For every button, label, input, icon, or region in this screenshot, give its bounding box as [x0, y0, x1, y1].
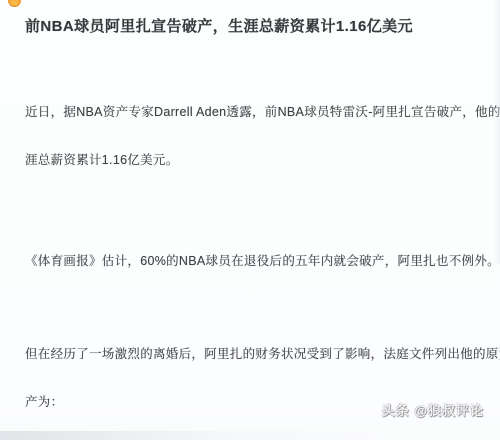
- emoji-icon: [8, 0, 21, 7]
- right-edge-shade: [494, 0, 500, 264]
- toutiao-watermark: 头条 @狼叔评论: [382, 400, 484, 419]
- paragraph-1: 近日，据NBA资产专家Darrell Aden透露，前NBA球员特雷沃-阿里扎宣…: [25, 88, 495, 184]
- paragraph-line: 但在经历了一场激烈的离婚后，阿里扎的财务状况受到了影响，法庭文件列出他的原资: [25, 330, 495, 378]
- bottom-edge-shade: [0, 431, 500, 440]
- article-page: 前NBA球员阿里扎宣告破产，生涯总薪资累计1.16亿美元 近日，据NBA资产专家…: [0, 0, 500, 440]
- paragraph-2: 《体育画报》估计，60%的NBA球员在退役后的五年内就会破产，阿里扎也不例外。: [25, 237, 495, 285]
- paragraph-line: 涯总薪资累计1.16亿美元。: [25, 136, 495, 184]
- article-title: 前NBA球员阿里扎宣告破产，生涯总薪资累计1.16亿美元: [25, 12, 485, 42]
- paragraph-line: 近日，据NBA资产专家Darrell Aden透露，前NBA球员特雷沃-阿里扎宣…: [25, 88, 495, 136]
- paragraph-line: 《体育画报》估计，60%的NBA球员在退役后的五年内就会破产，阿里扎也不例外。: [25, 237, 495, 285]
